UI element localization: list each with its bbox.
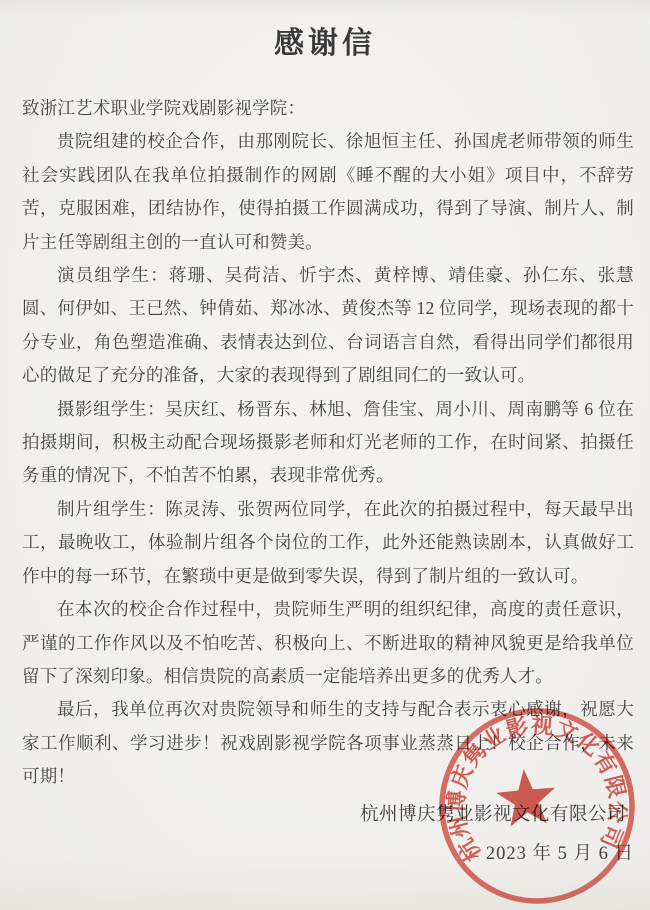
paragraph: 演员组学生：蒋珊、吴荷洁、忻宇杰、黄梓博、靖佳豪、孙仁东、张慧圆、何伊如、王已然… (22, 259, 634, 393)
letter-title: 感谢信 (0, 18, 650, 62)
paragraph: 制片组学生：陈灵涛、张贺两位同学，在此次的拍摄过程中，每天最早出工，最晚收工，体… (22, 493, 634, 593)
star-icon (494, 766, 558, 827)
letter-page: 感谢信 致浙江艺术职业学院戏剧影视学院： 贵院组建的校企合作，由那刚院长、徐旭恒… (0, 0, 650, 910)
letter-body: 致浙江艺术职业学院戏剧影视学院： 贵院组建的校企合作，由那刚院长、徐旭恒主任、孙… (22, 92, 634, 794)
seal-company-text: 杭州博庆隽业影视文化有限公司 (436, 704, 635, 867)
paragraph: 贵院组建的校企合作，由那刚院长、徐旭恒主任、孙国虎老师带领的师生社会实践团队在我… (22, 125, 634, 259)
salutation: 致浙江艺术职业学院戏剧影视学院： (22, 92, 634, 125)
paragraph: 在本次的校企合作过程中，贵院师生严明的组织纪律，高度的责任意识，严谨的工作作风以… (22, 593, 634, 693)
company-seal-stamp: 杭州博庆隽业影视文化有限公司 (426, 695, 647, 910)
paragraph: 摄影组学生：吴庆红、杨晋东、林旭、詹佳宝、周小川、周南鹏等 6 位在拍摄期间，积… (22, 393, 634, 493)
